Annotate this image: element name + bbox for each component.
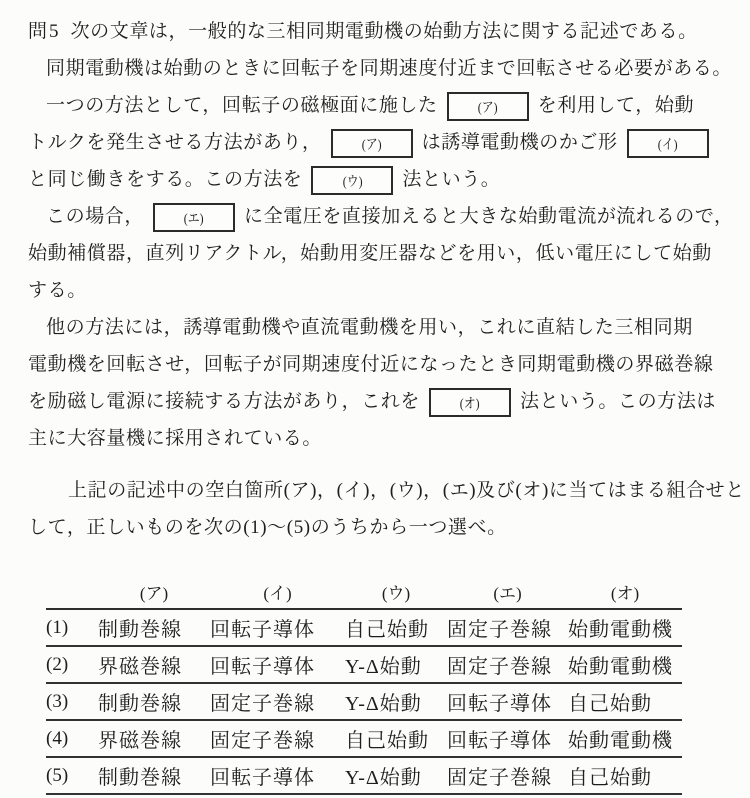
question-title: 次の文章は，一般的な三相同期電動機の始動方法に関する記述である。	[71, 21, 698, 42]
answer-cell-o: 自己始動	[568, 683, 682, 720]
table-row-option-1: (1) 制動巻線 回転子導体 自己始動 固定子巻線 始動電動機	[46, 609, 682, 646]
answer-cell-u: 自己始動	[345, 720, 447, 757]
answer-cell-e: 回転子導体	[447, 720, 568, 757]
body-line: 始動補償器，直列リアクトル，始動用変圧器などを用い，低い電圧にして始動	[28, 235, 724, 272]
blank-label-u: (ウ)	[342, 170, 362, 195]
body-line: 電動機を回転させ，回転子が同期速度付近になったとき同期電動機の界磁巻線	[28, 346, 724, 383]
option-number-cell: (4)	[46, 720, 98, 757]
answer-cell-e: 回転子導体	[447, 683, 568, 720]
body-line: を励磁し電源に接続する方法があり，これを(オ)法という。この方法は	[28, 383, 724, 420]
answer-cell-i: 固定子巻線	[210, 683, 345, 720]
text-segment: は誘導電動機のかご形	[422, 132, 618, 153]
header-cell-empty	[46, 575, 98, 609]
text-segment: して，正しいものを次の(1)～(5)のうちから一つ選べ。	[28, 517, 507, 538]
question-heading-line: 問5次の文章は，一般的な三相同期電動機の始動方法に関する記述である。	[28, 13, 724, 50]
blank-box-u: (ウ)	[311, 166, 393, 195]
answer-cell-a: 制動巻線	[98, 609, 210, 646]
text-segment: 上記の記述中の空白箇所(ア)，(イ)，(ウ)，(エ)及び(オ)に当てはまる組合せ…	[68, 480, 745, 501]
answer-cell-o: 始動電動機	[568, 646, 682, 683]
text-segment: 法という。この方法は	[520, 391, 716, 412]
table-header-row: (ア) (イ) (ウ) (エ) (オ)	[46, 575, 682, 609]
text-segment: 主に大容量機に採用されている。	[28, 428, 322, 449]
answer-cell-u: Y-Δ始動	[345, 646, 447, 683]
answer-cell-u: Y-Δ始動	[345, 757, 447, 794]
blank-label-o: (オ)	[460, 392, 480, 417]
table-row-option-2: (2) 界磁巻線 回転子導体 Y-Δ始動 固定子巻線 始動電動機	[46, 646, 682, 683]
answer-cell-a: 制動巻線	[98, 683, 210, 720]
body-line: 主に大容量機に採用されている。	[28, 420, 724, 457]
answer-cell-i: 固定子巻線	[210, 720, 345, 757]
header-cell-u: (ウ)	[345, 575, 447, 609]
text-segment: 法という。	[402, 169, 500, 190]
blank-box-i: (イ)	[627, 129, 709, 158]
instruction-line-1: 上記の記述中の空白箇所(ア)，(イ)，(ウ)，(エ)及び(オ)に当てはまる組合せ…	[28, 472, 724, 509]
text-segment: を利用して，始動	[538, 95, 694, 116]
answer-cell-i: 回転子導体	[210, 757, 345, 794]
answer-cell-o: 始動電動機	[568, 609, 682, 646]
instruction-line-2: して，正しいものを次の(1)～(5)のうちから一つ選べ。	[28, 509, 724, 546]
text-segment: を励磁し電源に接続する方法があり，これを	[28, 391, 420, 412]
answer-cell-a: 制動巻線	[98, 757, 210, 794]
answer-cell-e: 固定子巻線	[447, 757, 568, 794]
body-line: トルクを発生させる方法があり，(ア)は誘導電動機のかご形(イ)	[28, 124, 724, 161]
header-cell-e: (エ)	[447, 575, 568, 609]
table-row-option-4: (4) 界磁巻線 固定子巻線 自己始動 回転子導体 始動電動機	[46, 720, 682, 757]
blank-box-a: (ア)	[447, 92, 529, 121]
answer-cell-e: 固定子巻線	[447, 646, 568, 683]
answer-cell-o: 自己始動	[568, 757, 682, 794]
header-cell-a: (ア)	[98, 575, 210, 609]
text-segment: この場合，	[46, 206, 144, 227]
option-number-cell: (3)	[46, 683, 98, 720]
blank-label-a: (ア)	[362, 133, 382, 158]
blank-label-i: (イ)	[658, 133, 678, 158]
answer-table: (ア) (イ) (ウ) (エ) (オ) (1) 制動巻線 回転子導体 自己始動 …	[46, 575, 682, 795]
header-cell-i: (イ)	[210, 575, 345, 609]
text-segment: トルクを発生させる方法があり，	[28, 132, 322, 153]
body-line: 一つの方法として，回転子の磁極面に施した(ア)を利用して，始動	[28, 87, 724, 124]
text-segment: と同じ働きをする。この方法を	[28, 169, 302, 190]
text-segment: 電動機を回転させ，回転子が同期速度付近になったとき同期電動機の界磁巻線	[28, 354, 713, 375]
text-segment: に全電圧を直接加えると大きな始動電流が流れるので，	[244, 206, 734, 227]
blank-box-e: (エ)	[153, 203, 235, 232]
header-cell-o: (オ)	[568, 575, 682, 609]
text-segment: 一つの方法として，回転子の磁極面に施した	[46, 95, 438, 116]
body-line: 同期電動機は始動のときに回転子を同期速度付近まで回転させる必要がある。	[28, 50, 724, 87]
option-number-cell: (1)	[46, 609, 98, 646]
table-row-option-3: (3) 制動巻線 固定子巻線 Y-Δ始動 回転子導体 自己始動	[46, 683, 682, 720]
answer-cell-u: Y-Δ始動	[345, 683, 447, 720]
answer-cell-a: 界磁巻線	[98, 720, 210, 757]
text-segment: 同期電動機は始動のときに回転子を同期速度付近まで回転させる必要がある。	[46, 58, 732, 79]
text-segment: 他の方法には，誘導電動機や直流電動機を用い，これに直結した三相同期	[46, 317, 693, 338]
answer-cell-e: 固定子巻線	[447, 609, 568, 646]
answer-cell-a: 界磁巻線	[98, 646, 210, 683]
answer-cell-i: 回転子導体	[210, 646, 345, 683]
answer-cell-i: 回転子導体	[210, 609, 345, 646]
blank-box-o: (オ)	[429, 388, 511, 417]
body-line: と同じ働きをする。この方法を(ウ)法という。	[28, 161, 724, 198]
text-segment: 始動補償器，直列リアクトル，始動用変圧器などを用い，低い電圧にして始動	[28, 243, 712, 264]
body-line: する。	[28, 272, 724, 309]
body-line: この場合，(エ)に全電圧を直接加えると大きな始動電流が流れるので，	[28, 198, 724, 235]
option-number-cell: (5)	[46, 757, 98, 794]
answer-cell-u: 自己始動	[345, 609, 447, 646]
blank-label-e: (エ)	[184, 207, 204, 232]
option-number-cell: (2)	[46, 646, 98, 683]
answer-cell-o: 始動電動機	[568, 720, 682, 757]
blank-box-a-ref: (ア)	[331, 129, 413, 158]
question-number: 問5	[28, 21, 61, 42]
text-segment: する。	[28, 280, 87, 301]
body-line: 他の方法には，誘導電動機や直流電動機を用い，これに直結した三相同期	[28, 309, 724, 346]
blank-label-a: (ア)	[478, 96, 498, 121]
document-page: 問5次の文章は，一般的な三相同期電動機の始動方法に関する記述である。 同期電動機…	[0, 0, 750, 795]
table-row-option-5: (5) 制動巻線 回転子導体 Y-Δ始動 固定子巻線 自己始動	[46, 757, 682, 794]
